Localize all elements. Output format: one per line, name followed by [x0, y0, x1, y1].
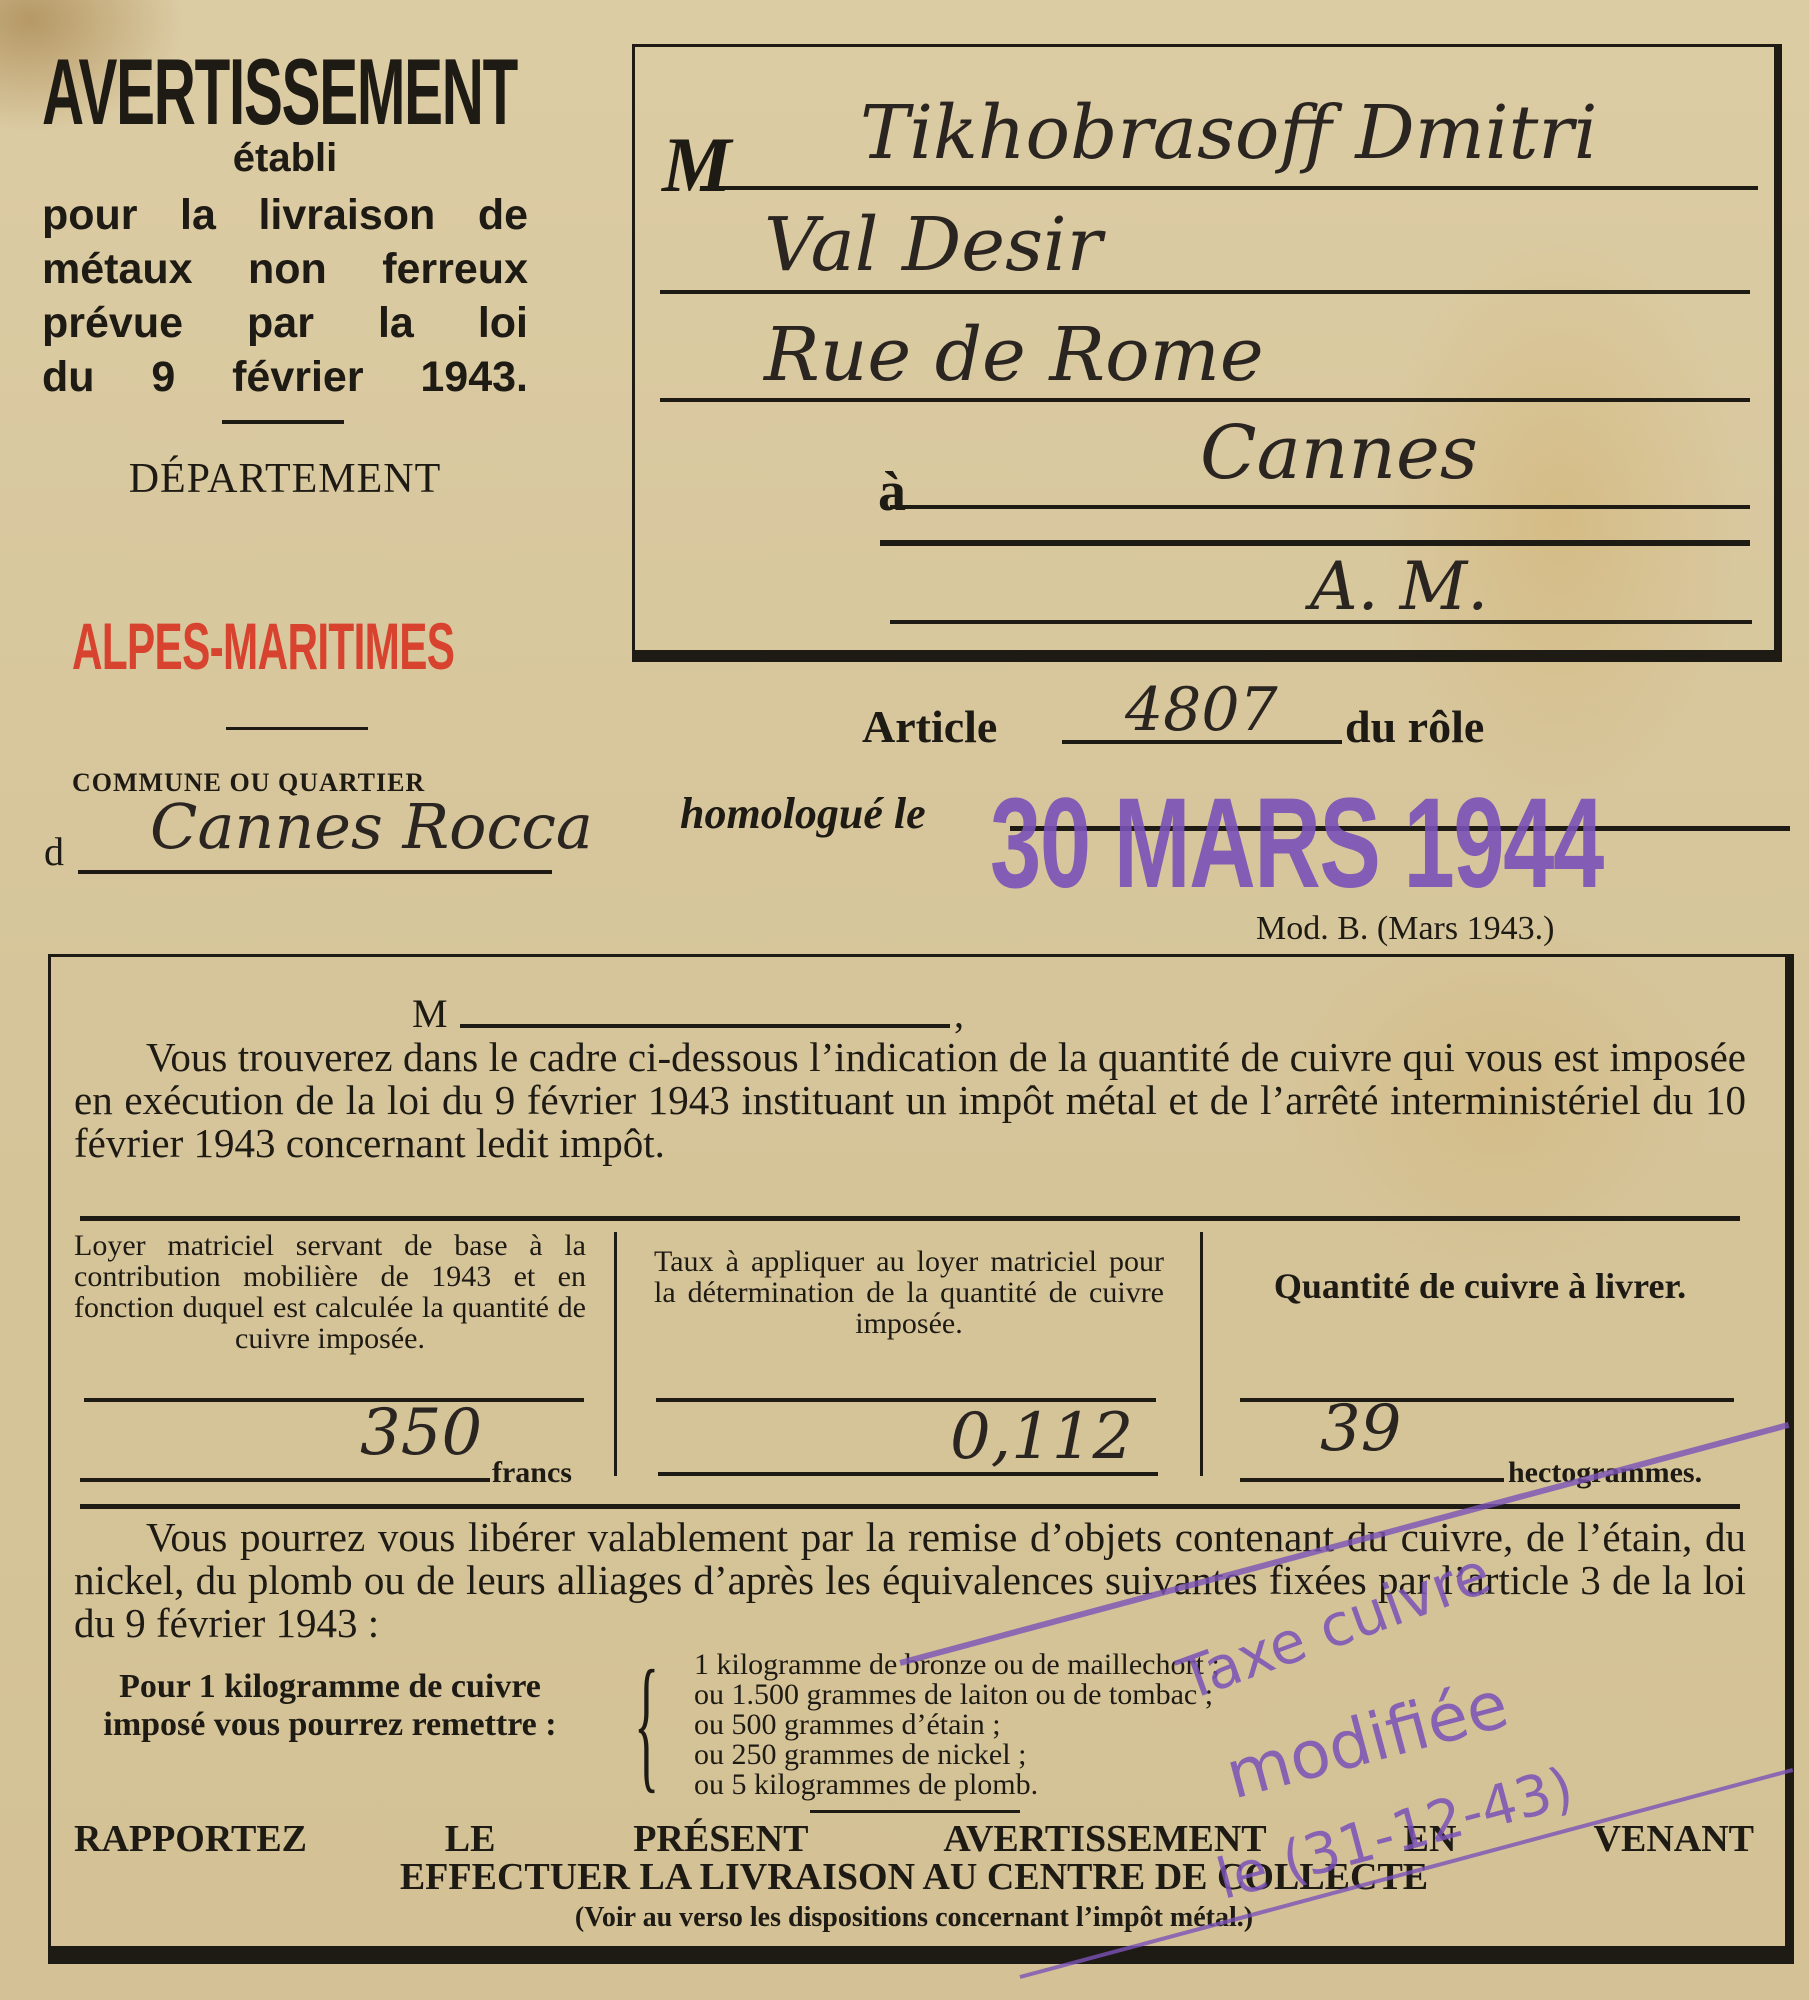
column-divider — [614, 1232, 617, 1476]
address-line — [880, 540, 1750, 546]
value-rule — [84, 1398, 584, 1402]
equivalence-item: ou 5 kilogrammes de plomb. — [694, 1770, 1220, 1800]
address-city[interactable]: Cannes — [1200, 410, 1478, 496]
column-header-quantite: Quantité de cuivre à livrer. — [1240, 1258, 1720, 1314]
subtitle-line: du 9 février 1943. — [42, 350, 528, 404]
column-header-loyer: Loyer matriciel servant de base à la con… — [74, 1230, 586, 1354]
address-prefix: M — [662, 120, 731, 210]
commune-prefix: d — [44, 828, 64, 875]
salutation-underline — [460, 1024, 950, 1028]
taux-value[interactable]: 0,112 — [950, 1400, 1133, 1474]
address-name[interactable]: Tikhobrasoff Dmitri — [860, 90, 1597, 176]
article-number[interactable]: 4807 — [1125, 675, 1278, 745]
table-top-rule — [80, 1216, 1740, 1221]
commune-value[interactable]: Cannes Rocca — [150, 790, 593, 863]
loyer-unit: francs — [492, 1456, 572, 1490]
address-line — [660, 398, 1750, 402]
address-line — [890, 620, 1752, 624]
footnote: (Voir au verso les dispositions concerna… — [74, 1902, 1754, 1934]
address-line — [700, 186, 1758, 190]
column-header-taux: Taux à appliquer au loyer matriciel pour… — [654, 1246, 1164, 1339]
divider — [226, 727, 368, 730]
article-label: Article — [862, 700, 997, 753]
salutation-comma: , — [954, 990, 964, 1037]
city-prefix: à — [878, 460, 906, 524]
model-reference: Mod. B. (Mars 1943.) — [1256, 910, 1554, 948]
address-line — [660, 290, 1750, 294]
quantite-value[interactable]: 39 — [1320, 1392, 1401, 1466]
subtitle-line: métaux non ferreux — [42, 242, 528, 296]
brace-icon: { — [634, 1648, 659, 1798]
subtitle-line: pour la livraison de — [42, 188, 528, 242]
equivalence-item: ou 250 grammes de nickel ; — [694, 1740, 1220, 1770]
department-label: DÉPARTEMENT — [42, 455, 528, 503]
instruction-line2: EFFECTUER LA LIVRAISON AU CENTRE DE COLL… — [74, 1858, 1754, 1896]
liberation-paragraph: Vous pourrez vous libérer valablement pa… — [74, 1516, 1746, 1645]
department-value: ALPES-MARITIMES — [72, 608, 454, 684]
subtitle-line: prévue par la loi — [42, 296, 528, 350]
value-underline — [1240, 1478, 1504, 1482]
divider — [222, 420, 344, 424]
commune-underline — [78, 870, 552, 874]
equivalence-item: ou 1.500 grammes de laiton ou de tombac … — [694, 1680, 1220, 1710]
equivalence-item: ou 500 grammes d’étain ; — [694, 1710, 1220, 1740]
address-dept[interactable]: A. M. — [1310, 548, 1488, 625]
article-suffix: du rôle — [1345, 700, 1484, 753]
equivalence-intro: Pour 1 kilogramme de cuivre imposé vous … — [70, 1668, 590, 1744]
column-divider — [1200, 1232, 1203, 1476]
equivalence-item: 1 kilogramme de bronze ou de maillechort… — [694, 1650, 1220, 1680]
address-line3[interactable]: Rue de Rome — [764, 312, 1264, 398]
intro-paragraph: Vous trouverez dans le cadre ci-dessous … — [74, 1036, 1746, 1165]
homologue-label: homologué le — [680, 788, 926, 839]
value-rule — [1240, 1398, 1734, 1402]
loyer-value[interactable]: 350 — [360, 1396, 482, 1470]
salutation: M — [412, 990, 448, 1037]
address-line2[interactable]: Val Desir — [764, 202, 1102, 288]
divider — [810, 1810, 1020, 1813]
value-underline — [80, 1478, 490, 1482]
subtitle-etabli: établi — [42, 136, 528, 181]
equivalence-list: 1 kilogramme de bronze ou de maillechort… — [694, 1650, 1220, 1800]
date-stamp: 30 MARS 1944 — [990, 770, 1603, 917]
address-line — [890, 505, 1750, 509]
document-title: AVERTISSEMENT — [42, 38, 517, 146]
